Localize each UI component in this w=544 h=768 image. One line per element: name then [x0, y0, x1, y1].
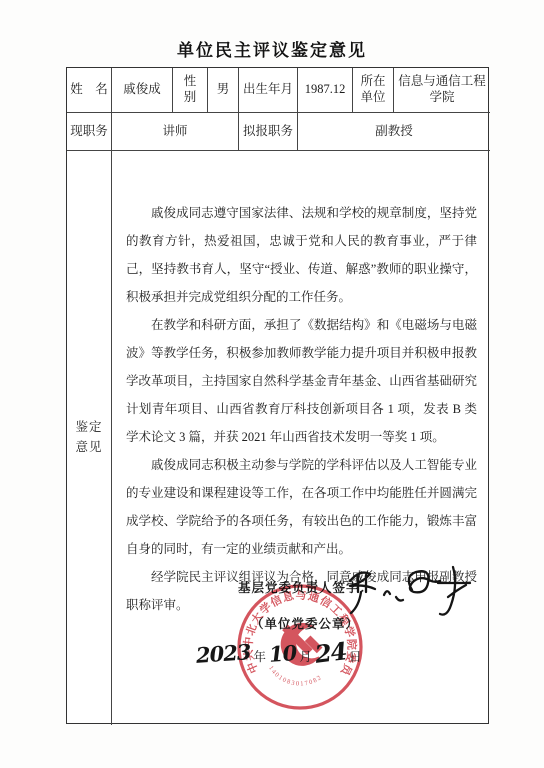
proposed-position-value-cell: 副教授	[298, 113, 490, 151]
name-label-cell: 姓 名	[67, 68, 112, 113]
gender-label-cell: 性 别	[173, 68, 208, 113]
opinion-content-cell: 戚俊成同志遵守国家法律、法规和学校的规章制度，坚持党的教育方针，热爱祖国，忠诚于…	[112, 151, 490, 725]
unit-label-cell: 所在 单位	[353, 68, 394, 113]
opinion-label-cell: 鉴定 意见	[67, 151, 112, 725]
opinion-label-line1: 鉴定	[75, 420, 102, 436]
month-unit-label: 月	[299, 650, 312, 666]
scanned-appraisal-form: { "page": { "title": "单位民主评议鉴定意见" }, "he…	[0, 0, 544, 768]
gender-label-line1: 性	[184, 74, 197, 90]
name-value-cell: 戚俊成	[112, 68, 173, 113]
birth-label-cell: 出生年月	[239, 68, 298, 113]
handwritten-day: 24	[313, 636, 348, 670]
handwritten-year: 2023	[195, 639, 251, 669]
seal-serial-number: 1401083017082	[267, 665, 324, 688]
opinion-label-line2: 意见	[75, 440, 102, 456]
day-unit-label: 日	[349, 650, 362, 666]
unit-value-cell: 信息与通信工程学院	[394, 68, 490, 113]
svg-text:1401083017082: 1401083017082	[267, 665, 324, 688]
gender-value-cell: 男	[208, 68, 239, 113]
current-position-value-cell: 讲师	[112, 113, 239, 151]
year-unit-label: 年	[253, 650, 266, 666]
unit-label-line2: 单位	[360, 90, 385, 106]
opinion-paragraph-1: 戚俊成同志遵守国家法律、法规和学校的规章制度，坚持党的教育方针，热爱祖国，忠诚于…	[126, 199, 477, 311]
current-position-label-cell: 现职务	[67, 113, 112, 151]
gender-label-line2: 别	[184, 90, 197, 106]
signature-date: 2023 年 10 月 24 日	[196, 638, 363, 668]
handwritten-month: 10	[268, 640, 297, 668]
handwritten-signature	[342, 559, 476, 629]
appraisal-table: 姓 名 戚俊成 性 别 男 出生年月 1987.12 所在 单位 信息与通信工程…	[66, 67, 489, 724]
unit-label-line1: 所在	[360, 74, 385, 90]
opinion-paragraph-3: 戚俊成同志积极主动参与学院的学科评估以及人工智能专业的专业建设和课程建设等工作，…	[126, 451, 477, 563]
opinion-paragraph-2: 在教学和科研方面，承担了《数据结构》和《电磁场与电磁波》等教学任务，积极参加教师…	[126, 311, 477, 451]
page-title: 单位民主评议鉴定意见	[0, 36, 544, 61]
birth-value-cell: 1987.12	[298, 68, 353, 113]
proposed-position-label-cell: 拟报职务	[239, 113, 298, 151]
